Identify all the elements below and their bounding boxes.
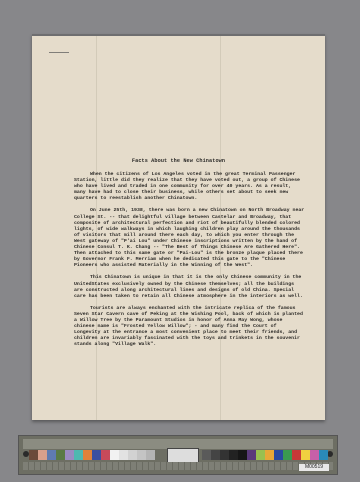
paragraph-text: Tourists are always enchanted with the i… (74, 306, 303, 348)
document-title: Facts About the New Chinatown (32, 158, 325, 164)
color-swatch (283, 450, 292, 460)
color-swatches-left (29, 450, 155, 460)
paragraph: On June 25th, 1938, there was born a new… (74, 208, 305, 269)
paragraph-text: This Chinatown is unique in that it is t… (74, 275, 303, 298)
paragraph: Tourists are always enchanted with the i… (74, 306, 305, 349)
color-swatch (101, 450, 110, 460)
color-swatch (202, 450, 211, 460)
archive-stamp (49, 52, 69, 53)
color-swatch (310, 450, 319, 460)
paragraph-text: On June 25th, 1938, there was born a new… (74, 208, 304, 268)
color-swatch (56, 450, 65, 460)
color-swatch (319, 450, 328, 460)
color-swatch (220, 450, 229, 460)
gray-scale-ruler (23, 462, 333, 470)
color-swatch (256, 450, 265, 460)
color-swatch (29, 450, 38, 460)
color-swatch (146, 450, 155, 460)
paragraph: This Chinatown is unique in that it is t… (74, 275, 305, 299)
color-swatch (274, 450, 283, 460)
color-swatch (110, 450, 119, 460)
document-page: Facts About the New Chinatown When the c… (32, 34, 325, 420)
color-swatch (74, 450, 83, 460)
color-swatch (265, 450, 274, 460)
color-swatch (65, 450, 74, 460)
color-swatch (128, 450, 137, 460)
color-swatch (292, 450, 301, 460)
color-swatch (247, 450, 256, 460)
paragraph-text: When the citizens of Los Angeles voted i… (74, 172, 300, 201)
color-swatch (211, 450, 220, 460)
document-body: When the citizens of Los Angeles voted i… (74, 172, 305, 354)
color-swatch (119, 450, 128, 460)
color-calibration-bar: M00519 (18, 435, 338, 475)
color-swatch (238, 450, 247, 460)
color-swatch (47, 450, 56, 460)
color-swatch (83, 450, 92, 460)
paragraph: When the citizens of Los Angeles voted i… (74, 172, 305, 202)
color-swatch (137, 450, 146, 460)
color-swatch (38, 450, 47, 460)
color-swatches-right (202, 450, 328, 460)
item-id-label: M00519 (299, 464, 329, 471)
color-swatch (229, 450, 238, 460)
color-swatch (92, 450, 101, 460)
color-swatch (301, 450, 310, 460)
